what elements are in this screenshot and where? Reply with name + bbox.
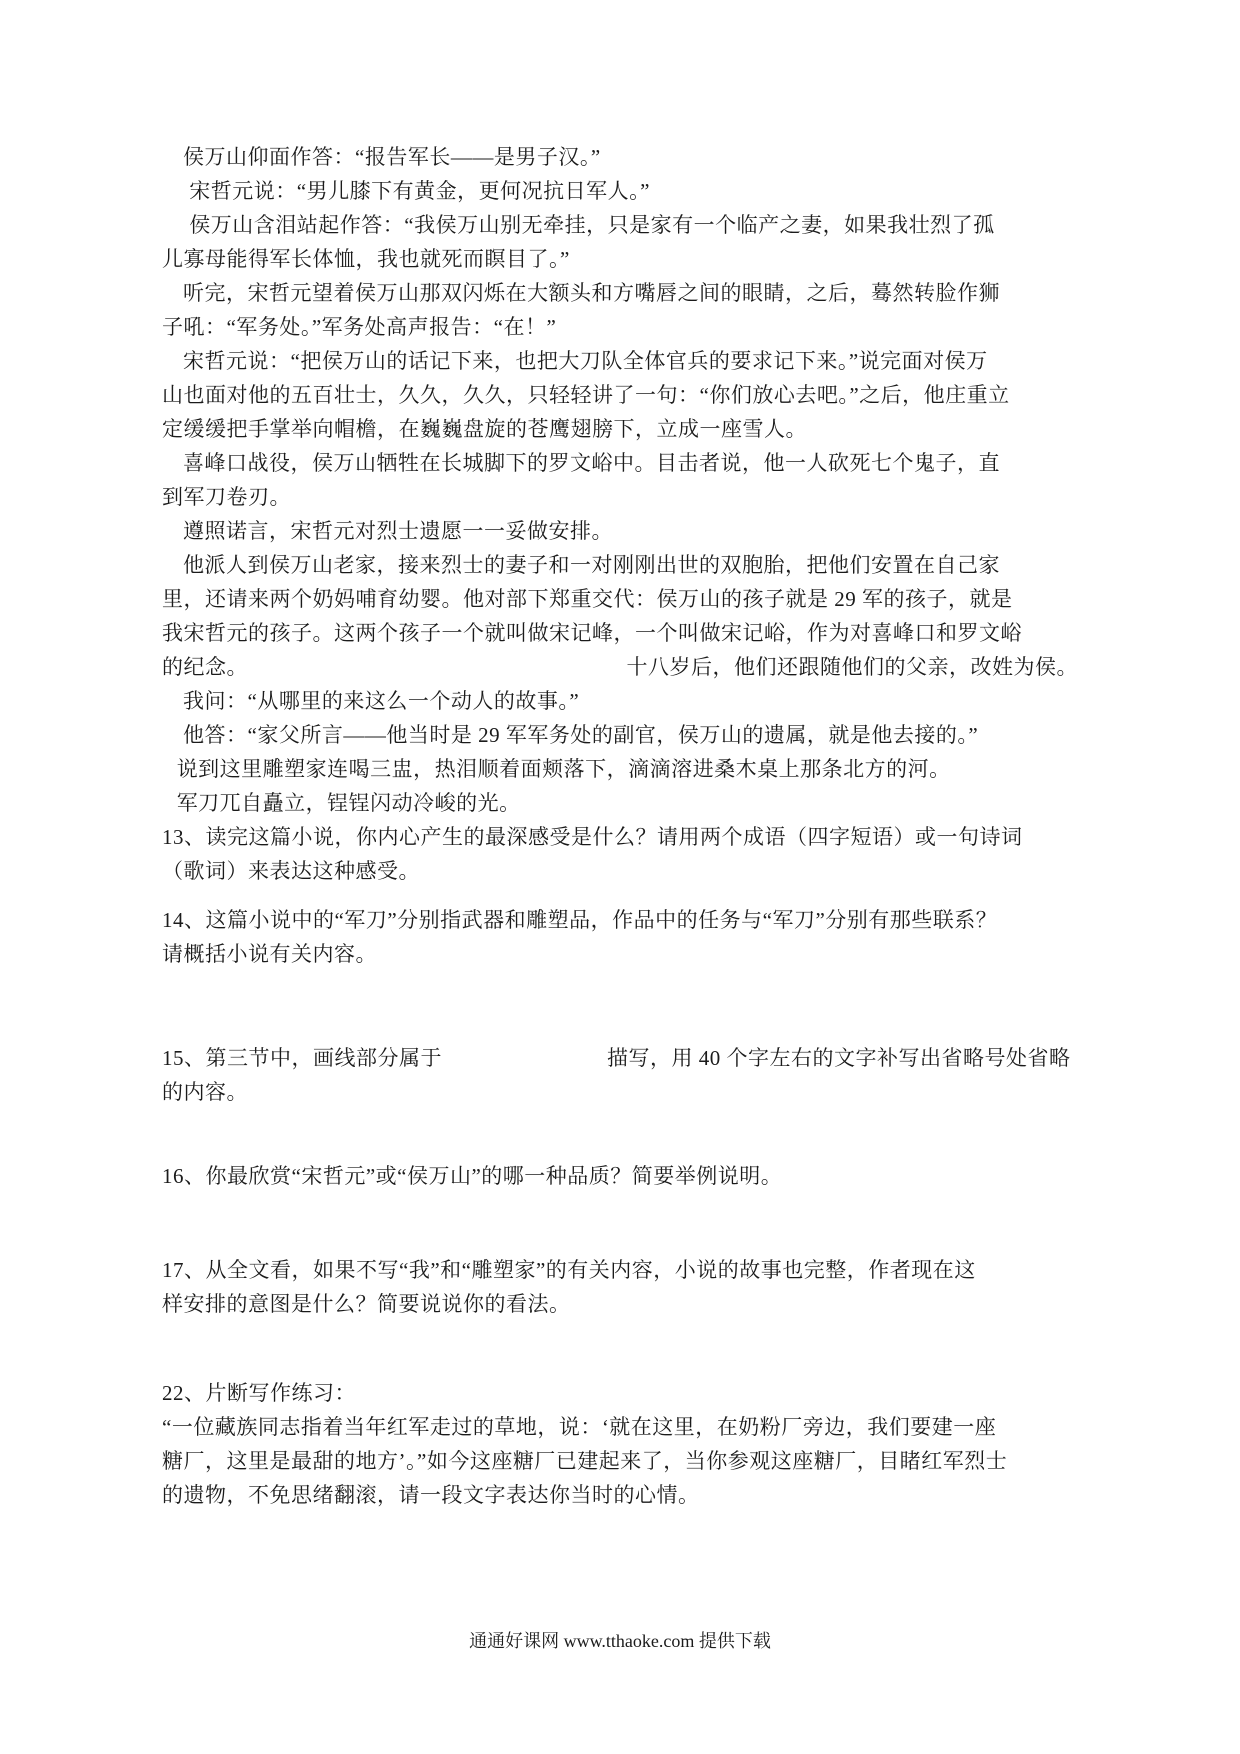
text-line: 到军刀卷刃。	[162, 480, 1078, 514]
document-page: 侯万山仰面作答：“报告军长——是男子汉。”宋哲元说：“男儿膝下有黄金，更何况抗日…	[0, 0, 1240, 1754]
text-line: 子吼：“军务处。”军务处高声报告：“在！”	[162, 310, 1078, 344]
text-line: 的遗物，不免思绪翻滚，请一段文字表达你当时的心情。	[162, 1478, 1078, 1512]
text-line: 山也面对他的五百壮士，久久，久久，只轻轻讲了一句：“你们放心去吧。”之后，他庄重…	[162, 378, 1078, 412]
text-line: 样安排的意图是什么？简要说说你的看法。	[162, 1287, 1078, 1321]
text-line: 16、你最欣赏“宋哲元”或“侯万山”的哪一种品质？简要举例说明。	[162, 1159, 1078, 1193]
text-line: 14、这篇小说中的“军刀”分别指武器和雕塑品，作品中的任务与“军刀”分别有那些联…	[162, 903, 1078, 937]
split-text-line: 的纪念。十八岁后，他们还跟随他们的父亲，改姓为侯。	[162, 650, 1078, 684]
text-line: 军刀兀自矗立，锃锃闪动冷峻的光。	[162, 786, 1078, 820]
text-line: （歌词）来表达这种感受。	[162, 854, 1078, 888]
text-line: 宋哲元说：“男儿膝下有黄金，更何况抗日军人。”	[162, 174, 1078, 208]
fill-in-blank-line: 15、第三节中，画线部分属于描写，用 40 个字左右的文字补写出省略号处省略	[162, 1041, 1078, 1075]
text-line: 侯万山仰面作答：“报告军长——是男子汉。”	[162, 140, 1078, 174]
split-line-left: 的纪念。	[162, 650, 248, 684]
text-line: 他派人到侯万山老家，接来烈士的妻子和一对刚刚出世的双胞胎，把他们安置在自己家	[162, 548, 1078, 582]
text-line: 侯万山含泪站起作答：“我侯万山别无牵挂，只是家有一个临产之妻，如果我壮烈了孤	[162, 208, 1078, 242]
text-line: 他答：“家父所言——他当时是 29 军军务处的副官，侯万山的遗属，就是他去接的。…	[162, 718, 1078, 752]
text-line: 13、读完这篇小说，你内心产生的最深感受是什么？请用两个成语（四字短语）或一句诗…	[162, 820, 1078, 854]
text-line: 听完，宋哲元望着侯万山那双闪烁在大额头和方嘴唇之间的眼睛，之后，蓦然转脸作狮	[162, 276, 1078, 310]
text-line: 的内容。	[162, 1075, 1078, 1109]
split-line-right: 十八岁后，他们还跟随他们的父亲，改姓为侯。	[627, 650, 1079, 684]
text-line: 儿寡母能得军长体恤，我也就死而瞑目了。”	[162, 242, 1078, 276]
blank-line-post-text: 描写，用 40 个字左右的文字补写出省略号处省略	[607, 1046, 1071, 1070]
text-line: 我宋哲元的孩子。这两个孩子一个就叫做宋记峰，一个叫做宋记峪，作为对喜峰口和罗文峪	[162, 616, 1078, 650]
text-line: 糖厂，这里是最甜的地方’。”如今这座糖厂已建起来了，当你参观这座糖厂，目睹红军烈…	[162, 1444, 1078, 1478]
text-line: 说到这里雕塑家连喝三盅，热泪顺着面颊落下，滴滴溶进桑木桌上那条北方的河。	[162, 752, 1078, 786]
text-line: 22、片断写作练习：	[162, 1376, 1078, 1410]
text-line: 定缓缓把手掌举向帽檐，在巍巍盘旋的苍鹰翅膀下，立成一座雪人。	[162, 412, 1078, 446]
text-line: 遵照诺言，宋哲元对烈士遗愿一一妥做安排。	[162, 514, 1078, 548]
text-line: 我问：“从哪里的来这么一个动人的故事。”	[162, 684, 1078, 718]
text-line: 喜峰口战役，侯万山牺牲在长城脚下的罗文峪中。目击者说，他一人砍死七个鬼子，直	[162, 446, 1078, 480]
text-line: 里，还请来两个奶妈哺育幼婴。他对部下郑重交代：侯万山的孩子就是 29 军的孩子，…	[162, 582, 1078, 616]
text-line: 请概括小说有关内容。	[162, 937, 1078, 971]
document-body: 侯万山仰面作答：“报告军长——是男子汉。”宋哲元说：“男儿膝下有黄金，更何况抗日…	[162, 140, 1078, 1512]
text-line: 宋哲元说：“把侯万山的话记下来，也把大刀队全体官兵的要求记下来。”说完面对侯万	[162, 344, 1078, 378]
text-line: 17、从全文看，如果不写“我”和“雕塑家”的有关内容，小说的故事也完整，作者现在…	[162, 1253, 1078, 1287]
answer-blank	[442, 1064, 607, 1065]
blank-line-pre-text: 15、第三节中，画线部分属于	[162, 1046, 442, 1070]
footer-credit: 通通好课网 www.tthaoke.com 提供下载	[0, 1628, 1240, 1654]
text-line: “一位藏族同志指着当年红军走过的草地，说：‘就在这里，在奶粉厂旁边，我们要建一座	[162, 1410, 1078, 1444]
